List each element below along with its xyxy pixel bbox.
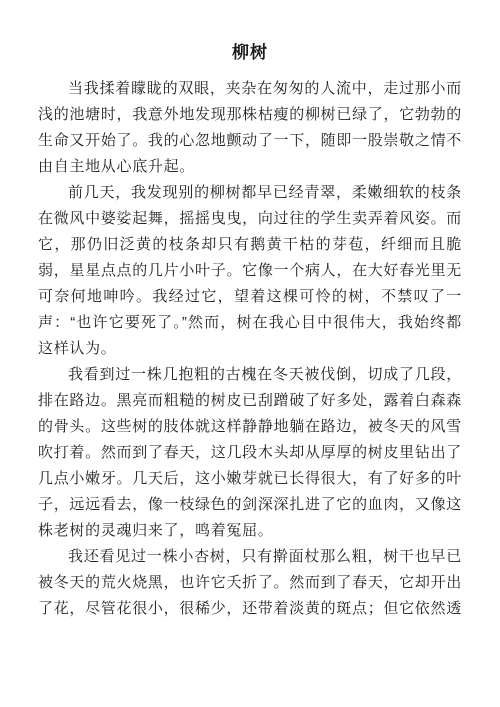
paragraph-3: 我看到过一株几抱粗的古槐在冬天被伐倒，切成了几段，排在路边。黑亮而粗糙的树皮已刮… — [38, 362, 462, 544]
document-page: 柳树 当我揉着矇眬的双眼，夹杂在匆匆的人流中，走过那小而浅的池塘时，我意外地发现… — [0, 0, 500, 707]
document-body: 当我揉着矇眬的双眼，夹杂在匆匆的人流中，走过那小而浅的池塘时，我意外地发现那株枯… — [38, 76, 462, 622]
paragraph-2: 前几天，我发现别的柳树都早已经青翠，柔嫩细软的枝条在微风中婆娑起舞，摇摇曳曳，向… — [38, 180, 462, 362]
paragraph-1: 当我揉着矇眬的双眼，夹杂在匆匆的人流中，走过那小而浅的池塘时，我意外地发现那株枯… — [38, 76, 462, 180]
paragraph-4: 我还看见过一株小杏树，只有擀面杖那么粗，树干也早已被冬天的荒火烧黑，也许它夭折了… — [38, 544, 462, 622]
document-title: 柳树 — [38, 40, 462, 66]
